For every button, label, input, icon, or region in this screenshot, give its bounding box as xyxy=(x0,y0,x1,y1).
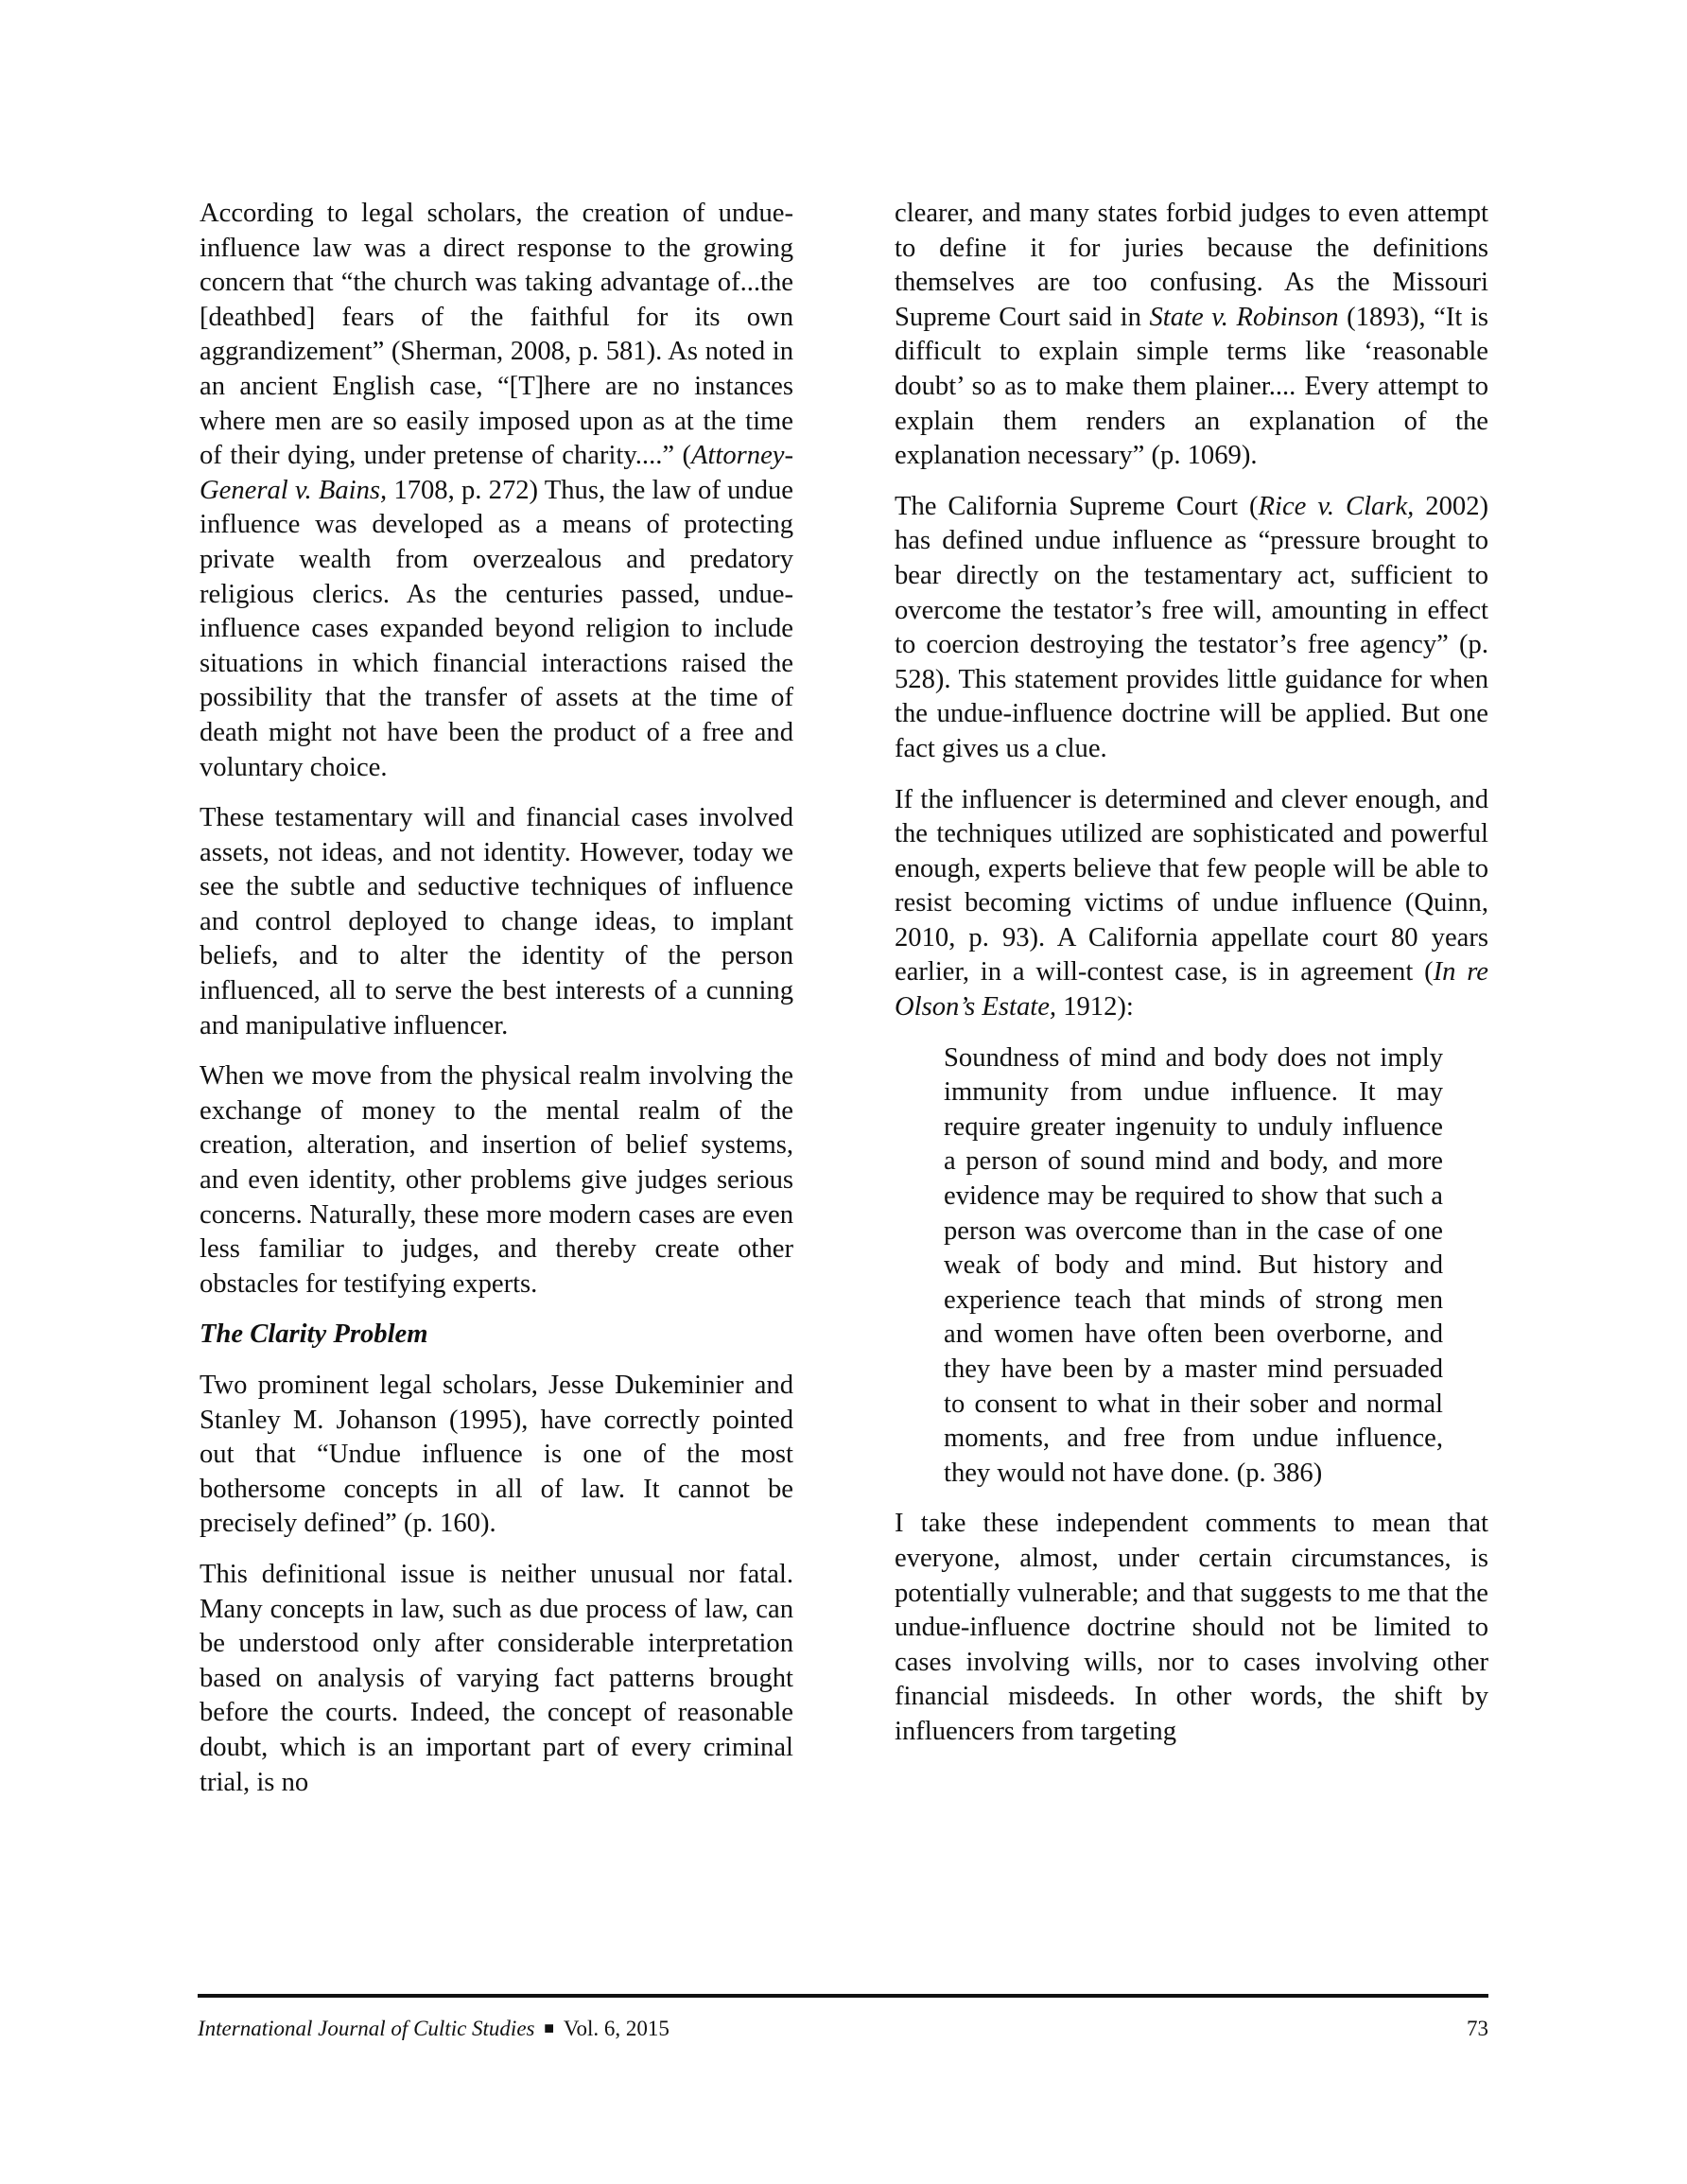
paragraph-text: If the influencer is determined and clev… xyxy=(895,785,1488,987)
square-separator-icon: ■ xyxy=(540,2018,558,2037)
paragraph-independent-comments: I take these independent comments to mea… xyxy=(895,1507,1488,1749)
paragraph-california-supreme-court: The California Supreme Court (Rice v. Cl… xyxy=(895,490,1488,767)
paragraph-text: 1912): xyxy=(1056,992,1134,1022)
paragraph-mental-realm: When we move from the physical realm inv… xyxy=(200,1059,793,1302)
page-footer: International Journal of Cultic Studies … xyxy=(198,2015,1488,2044)
paragraph-testamentary-cases: These testamentary will and financial ca… xyxy=(200,801,793,1043)
paragraph-text: 1708, p. 272) Thus, the law of undue inf… xyxy=(200,476,793,782)
paragraph-definitional-issue: This definitional issue is neither unusu… xyxy=(200,1558,793,1800)
case-citation: State v. Robinson xyxy=(1149,303,1338,332)
left-column: According to legal scholars, the creatio… xyxy=(200,197,793,1816)
block-quote: Soundness of mind and body does not impl… xyxy=(944,1041,1443,1492)
paragraph-text: According to legal scholars, the creatio… xyxy=(200,199,793,470)
footer-divider xyxy=(198,1994,1488,1998)
case-citation: Rice v. Clark, xyxy=(1259,492,1415,521)
section-heading: The Clarity Problem xyxy=(200,1318,793,1353)
paragraph-undue-influence-origins: According to legal scholars, the creatio… xyxy=(200,197,793,785)
journal-title: International Journal of Cultic Studies xyxy=(198,2017,534,2040)
paragraph-text: 2002) has defined undue influence as “pr… xyxy=(895,492,1488,763)
volume-info: Vol. 6, 2015 xyxy=(564,2017,670,2040)
paragraph-reasonable-doubt: clearer, and many states forbid judges t… xyxy=(895,197,1488,474)
paragraph-influencer-determined: If the influencer is determined and clev… xyxy=(895,783,1488,1025)
page-number: 73 xyxy=(1467,2015,1488,2044)
paragraph-dukeminier-quote: Two prominent legal scholars, Jesse Duke… xyxy=(200,1369,793,1542)
right-column: clearer, and many states forbid judges t… xyxy=(895,197,1488,1766)
paragraph-text: The California Supreme Court ( xyxy=(895,492,1259,521)
footer-journal: International Journal of Cultic Studies … xyxy=(198,2015,670,2044)
